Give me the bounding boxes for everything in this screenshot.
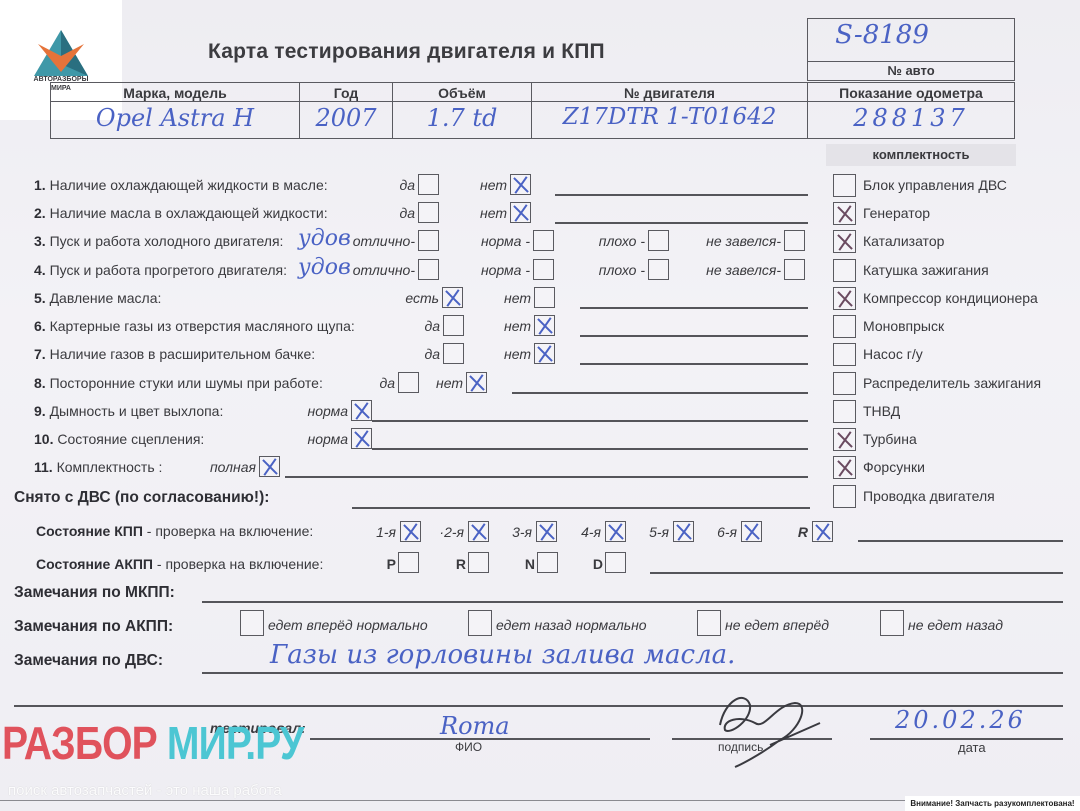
option-label: нет [436,375,463,391]
akpp-mode-label: R [456,556,466,572]
check-text: Пуск и работа холодного двигателя: [50,233,284,249]
option-label: да [424,318,440,334]
checkbox-unchecked[interactable] [784,230,805,251]
kpp-label: Состояние КПП - проверка на включение: [36,523,313,539]
completeness-checkbox[interactable] [833,343,856,366]
check-item-4: 4. Пуск и работа прогретого двигателя: [34,262,287,278]
akpp-mode-checkbox[interactable] [468,552,489,573]
check-text: Картерные газы из отверстия масляного щу… [50,318,355,334]
check-number: 9. [34,403,50,419]
option-label: есть [405,290,439,306]
checkbox-checked[interactable] [534,315,555,336]
completeness-checkbox[interactable] [833,315,856,338]
check-item-2: 2. Наличие масла в охлаждающей жидкости: [34,205,328,221]
check-number: 2. [34,205,50,221]
checkbox-unchecked[interactable] [418,259,439,280]
completeness-item-label: Катушка зажигания [863,262,989,278]
check-text: Наличие газов в расширительном бачке: [50,346,316,362]
date-value: 20.02.26 [895,706,1026,734]
check-number: 1. [34,177,50,193]
akpp-remark-label: не едет назад [908,617,1003,633]
akpp-remark-label: не едет вперёд [725,617,829,633]
completeness-checkbox[interactable] [833,456,856,479]
completeness-item-label: Блок управления ДВС [863,177,1007,193]
odometer-value: 288137 [807,104,1015,132]
option-label: отлично- [353,262,415,278]
check-number: 3. [34,233,50,249]
check-handwritten-note: удов [298,226,351,251]
completeness-item-label: Форсунки [863,459,925,475]
gear-label: 6-я [717,524,737,540]
completeness-item-label: Катализатор [863,233,944,249]
akpp-remark-checkbox[interactable] [880,610,904,636]
check-item-1: 1. Наличие охлаждающей жидкости в масле: [34,177,328,193]
completeness-checkbox[interactable] [833,400,856,423]
date-caption: дата [958,740,986,755]
kpp-notes-line[interactable] [858,540,1063,542]
checkbox-checked[interactable] [442,287,463,308]
gear-checkbox[interactable] [673,521,694,542]
check-text: Наличие охлаждающей жидкости в масле: [50,177,328,193]
option-label: отлично- [353,233,415,249]
hdr-volume-label: Объём [392,85,532,101]
completeness-item-label: Проводка двигателя [863,488,995,504]
option-label: норма - [481,233,530,249]
check-number: 8. [34,375,50,391]
check-number: 7. [34,346,50,362]
volume-value: 1.7 td [392,104,532,132]
check-notes-line[interactable] [580,307,808,309]
checkbox-unchecked[interactable] [443,315,464,336]
gear-checkbox[interactable] [400,521,421,542]
removed-from-engine-label: Снято с ДВС (по согласованию!): [14,489,269,507]
dvs-remarks-value: Газы из горловины залива масла. [270,640,735,670]
check-notes-line[interactable] [372,448,808,450]
check-text: Пуск и работа прогретого двигателя: [50,262,287,278]
akpp-remark-checkbox[interactable] [468,610,492,636]
checkbox-unchecked[interactable] [418,174,439,195]
completeness-title: комплектность [826,147,1016,162]
akpp-notes-line[interactable] [650,572,1063,574]
check-handwritten-note: удов [298,255,351,280]
gear-label: 1-я [376,524,396,540]
akpp-remark-label: едет вперёд нормально [268,617,428,633]
checkbox-checked[interactable] [466,372,487,393]
gear-label: 5-я [649,524,669,540]
completeness-item-label: Генератор [863,205,930,221]
check-text: Состояние сцепления: [57,431,204,447]
akpp-label: Состояние АКПП - проверка на включение: [36,556,323,572]
mkpp-remarks-label: Замечания по МКПП: [14,584,175,602]
check-notes-line[interactable] [372,420,808,422]
option-label: нет [504,290,531,306]
name-caption: ФИО [455,740,482,754]
completeness-checkbox[interactable] [833,259,856,282]
akpp-remark-label: едет назад нормально [496,617,647,633]
check-text: Наличие масла в охлаждающей жидкости: [50,205,328,221]
dvs-remarks-line[interactable] [202,672,1063,674]
signature-caption: подпись [718,740,763,754]
akpp-mode-label: P [387,556,396,572]
completeness-checkbox[interactable] [833,428,856,451]
bottom-edge-line [0,800,905,801]
checkbox-unchecked[interactable] [533,259,554,280]
gear-checkbox[interactable] [812,521,833,542]
checkbox-unchecked[interactable] [418,230,439,251]
logo-triangle-icon [34,30,88,76]
completeness-item-label: Компрессор кондиционера [863,290,1038,306]
check-text: Посторонние стуки или шумы при работе: [50,375,323,391]
checkbox-checked[interactable] [259,456,280,477]
check-notes-line[interactable] [555,222,808,224]
completeness-item-label: Турбина [863,431,917,447]
checkbox-checked[interactable] [351,400,372,421]
gear-checkbox[interactable] [605,521,626,542]
checkbox-checked[interactable] [351,428,372,449]
completeness-item-label: Насос г/у [863,346,923,362]
gear-checkbox[interactable] [536,521,557,542]
check-notes-line[interactable] [555,194,808,196]
check-number: 5. [34,290,50,306]
hdr-odometer-label: Показание одометра [807,85,1015,101]
option-label: плохо - [599,262,645,278]
completeness-item-label: Распределитель зажигания [863,375,1041,391]
completeness-item-label: ТНВД [863,403,900,419]
year-value: 2007 [299,104,393,132]
option-label: да [399,177,415,193]
checkbox-checked[interactable] [510,202,531,223]
option-label: норма [307,431,348,447]
option-label: нет [504,318,531,334]
check-notes-line[interactable] [580,335,808,337]
option-label: плохо - [599,233,645,249]
form-title: Карта тестирования двигателя и КПП [208,40,605,64]
check-item-8: 8. Посторонние стуки или шумы при работе… [34,375,323,391]
checkbox-checked[interactable] [510,174,531,195]
model-value: Opel Astra H [50,104,300,132]
hdr-model-label: Марка, модель [50,85,300,101]
mkpp-remarks-line[interactable] [202,601,1063,603]
completeness-checkbox[interactable] [833,230,856,253]
check-number: 6. [34,318,50,334]
signature-icon [700,685,830,770]
akpp-mode-checkbox[interactable] [605,552,626,573]
check-text: Дымность и цвет выхлопа: [50,403,224,419]
completeness-checkbox[interactable] [833,202,856,225]
checkbox-unchecked[interactable] [648,230,669,251]
checkbox-checked[interactable] [534,343,555,364]
akpp-mode-checkbox[interactable] [398,552,419,573]
car-number-label: № авто [807,63,1015,78]
gear-label: ·2-я [439,524,464,540]
akpp-mode-checkbox[interactable] [537,552,558,573]
check-item-9: 9. Дымность и цвет выхлопа: [34,403,223,419]
hdr-engine-label: № двигателя [531,85,808,101]
completeness-item-label: Моновпрыск [863,318,944,334]
gear-label: R [798,524,808,540]
checkbox-unchecked[interactable] [784,259,805,280]
option-label: полная [210,459,256,475]
option-label: да [424,346,440,362]
engine-number-value: Z17DTR 1-T01642 [531,104,808,130]
akpp-mode-label: D [593,556,603,572]
checkbox-unchecked[interactable] [443,343,464,364]
option-label: да [399,205,415,221]
akpp-remarks-label: Замечания по АКПП: [14,618,173,636]
hdr-year-label: Год [299,85,393,101]
check-number: 11. [34,459,57,475]
akpp-remark-checkbox[interactable] [240,610,264,636]
watermark-tagline: поиск автозапчастей - это наша работа [8,782,282,799]
check-notes-line[interactable] [512,392,808,394]
completeness-checkbox[interactable] [833,372,856,395]
check-text: Комплектность : [57,459,163,475]
removed-from-engine-line[interactable] [352,507,810,509]
completeness-checkbox[interactable] [833,174,856,197]
checkbox-unchecked[interactable] [533,230,554,251]
check-item-3: 3. Пуск и работа холодного двигателя: [34,233,283,249]
check-item-10: 10. Состояние сцепления: [34,431,204,447]
watermark-brand: РАЗБОР МИР.РУ [2,716,303,770]
option-label: не завелся- [706,233,781,249]
checkbox-unchecked[interactable] [418,202,439,223]
gear-checkbox[interactable] [741,521,762,542]
option-label: норма - [481,262,530,278]
test-card-document: АВТОРАЗБОРЫ МИРА Карта тестирования двиг… [0,0,1080,811]
checkbox-unchecked[interactable] [648,259,669,280]
car-number-value: S-8189 [807,20,957,50]
gear-checkbox[interactable] [468,521,489,542]
checkbox-unchecked[interactable] [398,372,419,393]
gear-label: 3-я [512,524,532,540]
check-notes-line[interactable] [580,363,808,365]
dvs-remarks-label: Замечания по ДВС: [14,652,163,670]
check-item-5: 5. Давление масла: [34,290,161,306]
akpp-remark-checkbox[interactable] [697,610,721,636]
check-number: 4. [34,262,50,278]
option-label: нет [480,205,507,221]
completeness-checkbox[interactable] [833,485,856,508]
check-text: Давление масла: [50,290,162,306]
check-number: 10. [34,431,57,447]
checkbox-unchecked[interactable] [534,287,555,308]
option-label: норма [307,403,348,419]
option-label: нет [480,177,507,193]
tester-name-value: Roma [440,712,510,740]
option-label: да [379,375,395,391]
check-item-7: 7. Наличие газов в расширительном бачке: [34,346,315,362]
warning-badge: Внимание! Запчасть разукомплектована! [905,796,1080,811]
option-label: нет [504,346,531,362]
check-notes-line[interactable] [285,476,808,478]
akpp-mode-label: N [525,556,535,572]
check-item-11: 11. Комплектность : [34,459,162,475]
gear-label: 4-я [581,524,601,540]
completeness-checkbox[interactable] [833,287,856,310]
check-item-6: 6. Картерные газы из отверстия масляного… [34,318,355,334]
option-label: не завелся- [706,262,781,278]
